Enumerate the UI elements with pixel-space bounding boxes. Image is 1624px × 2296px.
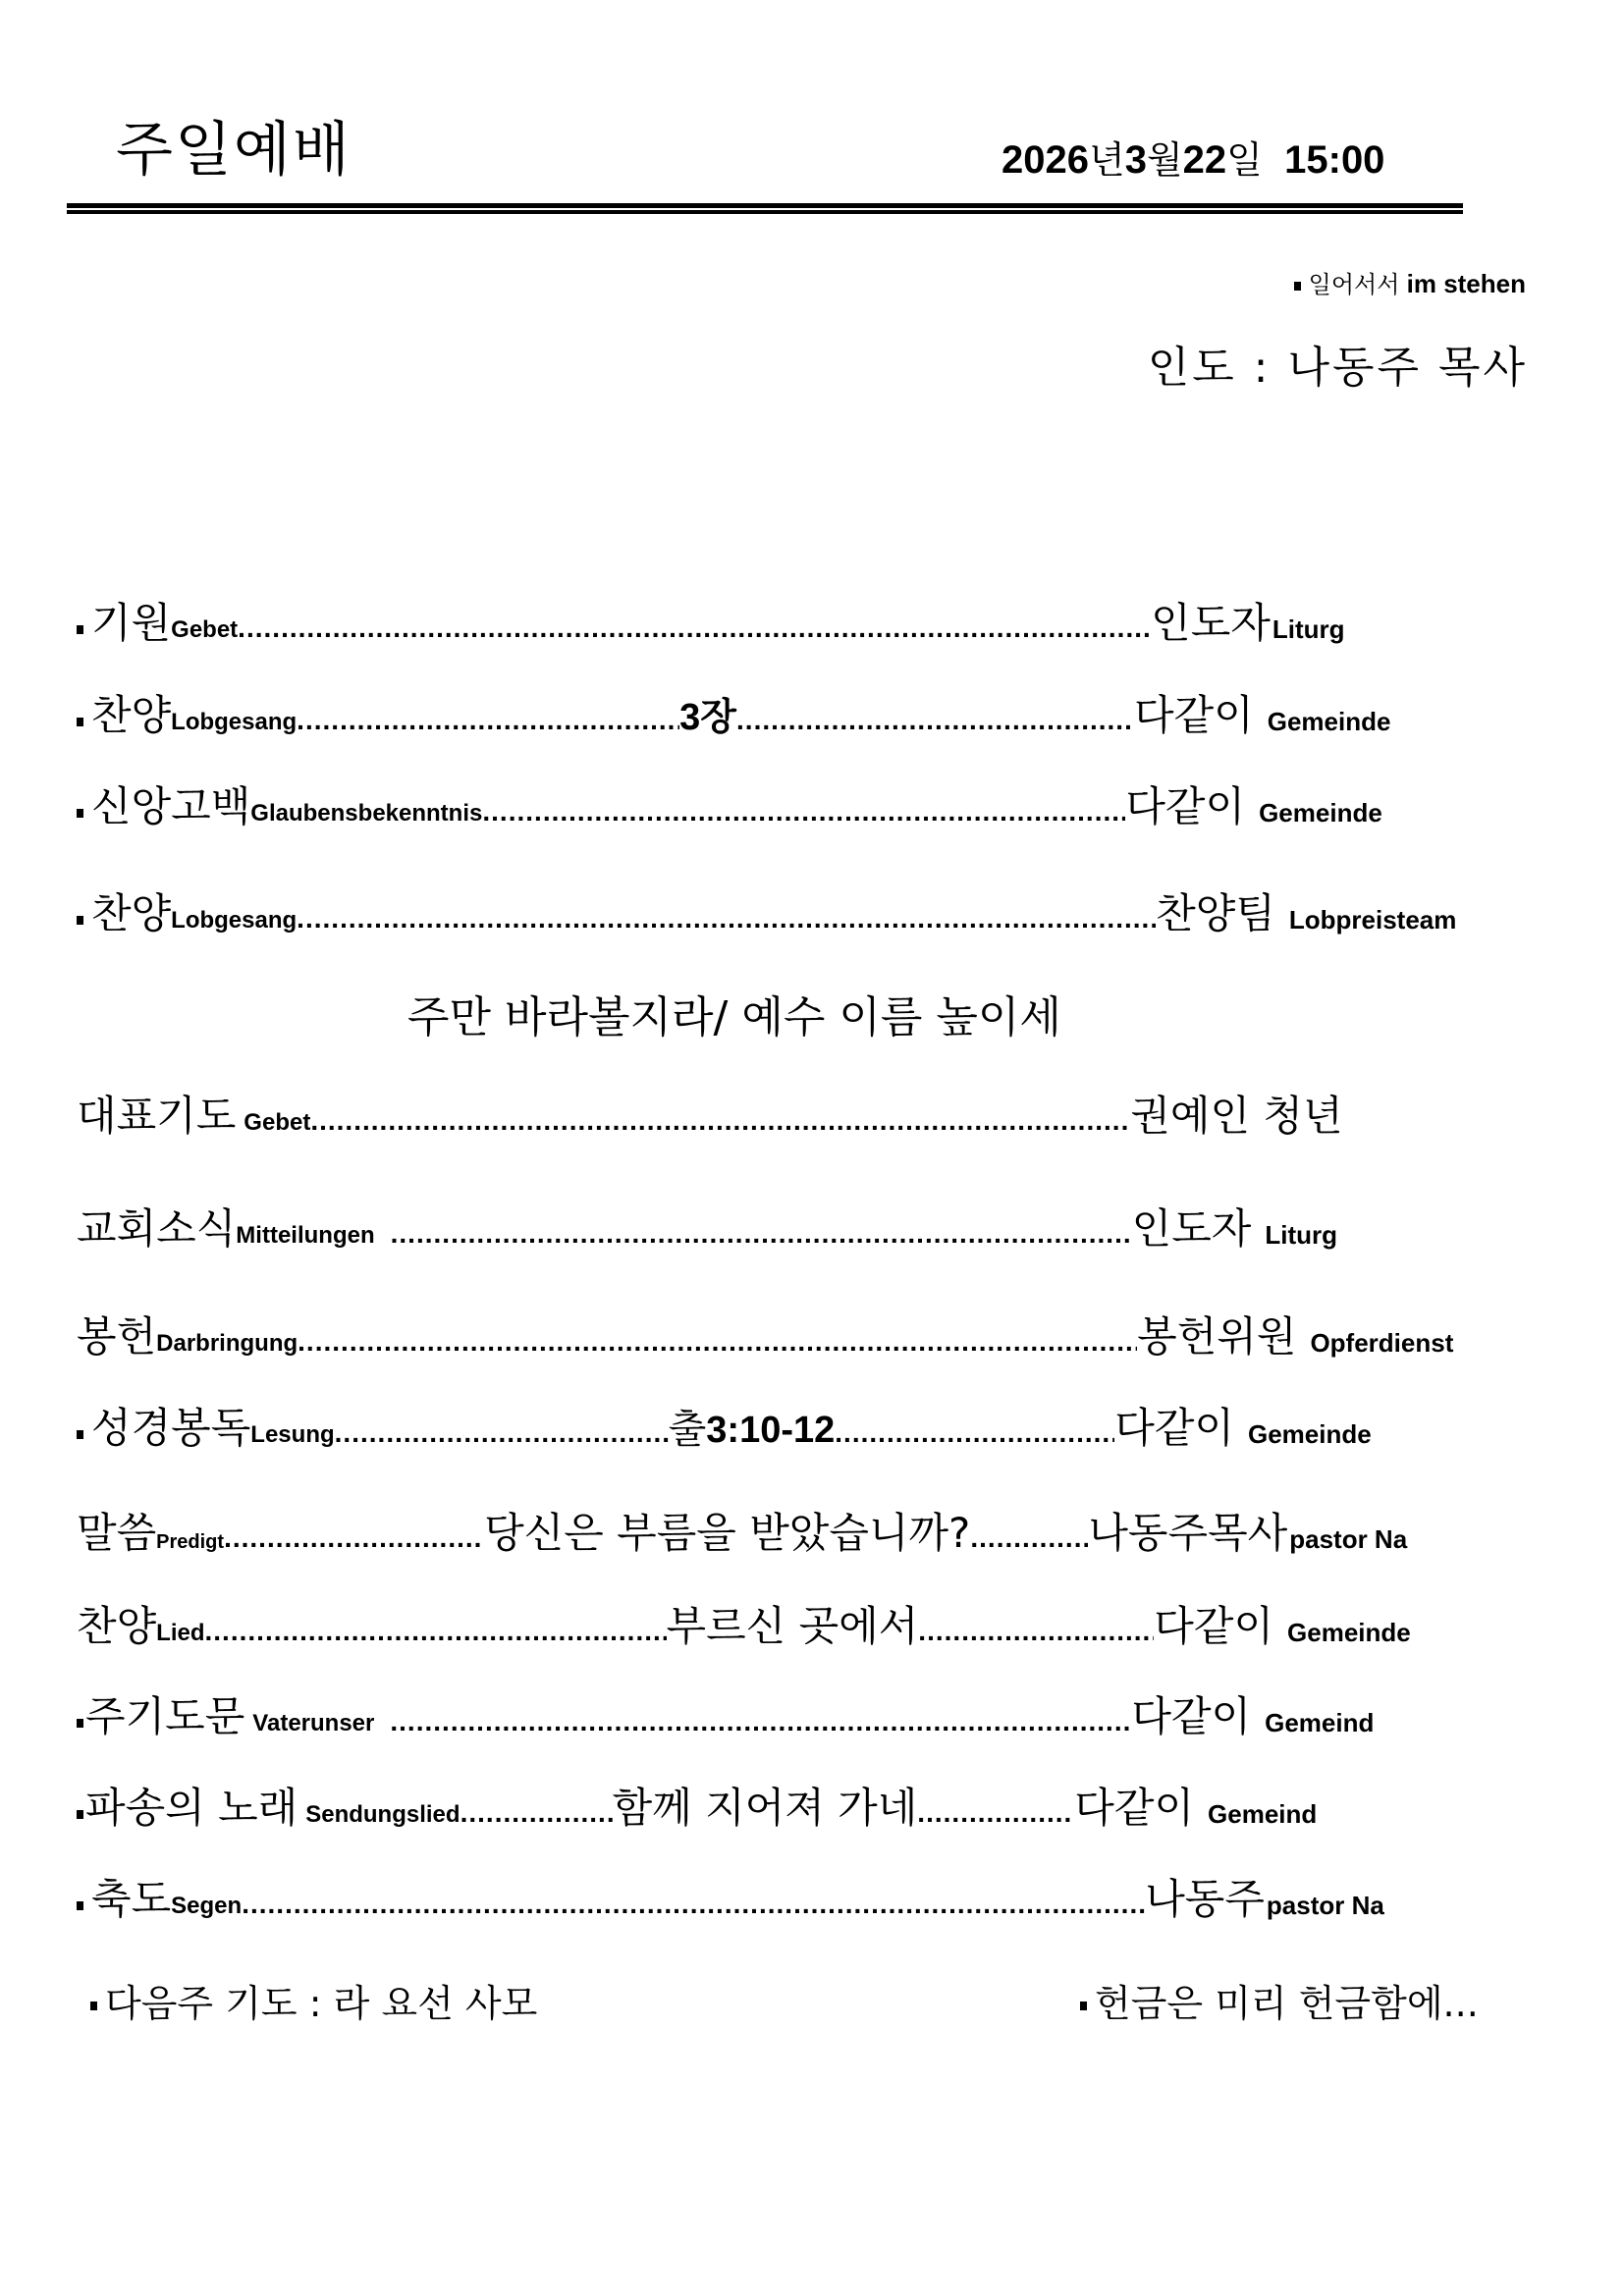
offering-note-text: 헌금은 미리 헌금함에... xyxy=(1095,1982,1479,2025)
song-title: 함께 지어져 가네 xyxy=(613,1788,918,1829)
item-performer-ko: 찬양팀 xyxy=(1156,893,1275,934)
item-performer-de: Gemeinde xyxy=(1248,1421,1372,1447)
song-titles: 주만 바라볼지라/ 예수 이름 높이세 xyxy=(407,982,1061,1044)
item-performer-de: Opferdienst xyxy=(1310,1330,1453,1356)
date-year: 2026 xyxy=(1001,138,1089,182)
dot-leader: ........................................… xyxy=(310,1107,1130,1135)
item-performer-ko: 다같이 xyxy=(1074,1788,1194,1829)
bullet-icon xyxy=(77,1719,83,1728)
dot-leader: ........................................… xyxy=(970,1524,1088,1552)
date-month: 3 xyxy=(1125,138,1147,182)
item-de: Lied xyxy=(156,1622,204,1645)
service-leader: 인도 : 나동주 목사 xyxy=(1148,332,1528,395)
dot-leader: ........................................… xyxy=(391,1220,1132,1248)
item-performer-de: pastor Na xyxy=(1289,1526,1407,1552)
order-item-offering: 봉헌Darbringung ..........................… xyxy=(77,1299,1453,1358)
dot-leader: ........................................… xyxy=(482,798,1125,826)
header-divider-top xyxy=(67,203,1463,208)
item-de: Predigt xyxy=(156,1532,224,1552)
order-item-song: 찬양Lied .................................… xyxy=(77,1588,1411,1647)
item-de: Vaterunser xyxy=(252,1712,374,1735)
bullet-icon xyxy=(77,1901,83,1910)
item-performer-ko: 다같이 xyxy=(1134,695,1254,736)
date-month-unit: 월 xyxy=(1147,138,1183,182)
order-item-hymn: 찬양Lobgesang ............................… xyxy=(77,677,1390,736)
item-performer-ko: 나동주목사 xyxy=(1088,1513,1287,1554)
item-detail: 3장 xyxy=(679,699,736,736)
bullet-icon xyxy=(77,1810,83,1819)
dot-leader: ........................................… xyxy=(242,1891,1145,1918)
item-ko: 찬양 xyxy=(91,893,171,934)
item-de: Glaubensbekenntnis xyxy=(250,802,482,826)
item-performer-de: Lobpreisteam xyxy=(1289,907,1457,933)
bullet-icon xyxy=(77,916,83,925)
bullet-icon xyxy=(90,2002,97,2010)
item-performer-ko: 다같이 xyxy=(1154,1606,1273,1647)
dot-leader: ........................................… xyxy=(835,1419,1114,1447)
item-performer-de: Gemeinde xyxy=(1287,1620,1411,1645)
item-performer-de: Liturg xyxy=(1272,616,1345,642)
order-item-sending-song: 파송의 노래Sendungslied .....................… xyxy=(77,1770,1317,1829)
order-item-announcements: 교회소식Mitteilungen .......................… xyxy=(77,1191,1337,1250)
dot-leader: ........................................… xyxy=(460,1799,613,1827)
dot-leader: ........................................… xyxy=(224,1524,484,1552)
order-item-scripture-reading: 성경봉독Lesung .............................… xyxy=(77,1390,1372,1449)
bullet-icon xyxy=(1294,282,1301,291)
item-performer-ko: 나동주 xyxy=(1145,1879,1265,1920)
item-performer-ko: 인도자 xyxy=(1132,1208,1252,1250)
item-de: Gebet xyxy=(244,1111,310,1135)
order-item-lords-prayer: 주기도문Vaterunser .........................… xyxy=(77,1679,1374,1737)
song-title: 부르신 곳에서 xyxy=(667,1606,919,1647)
scripture-book: 출 xyxy=(669,1407,707,1452)
item-performer-de: pastor Na xyxy=(1267,1893,1384,1918)
next-week-prayer: 다음주 기도 : 라 요선 사모 xyxy=(90,1973,537,2027)
order-item-invocation: 기원Gebet ................................… xyxy=(77,585,1345,644)
item-performer-de: Gemeinde xyxy=(1268,709,1391,734)
item-ko: 축도 xyxy=(91,1879,171,1920)
scripture-ref: 3:10-12 xyxy=(706,1410,835,1451)
item-ko: 교회소식 xyxy=(77,1208,236,1250)
sermon-title: 당신은 부름을 받았습니까? xyxy=(484,1513,970,1554)
item-ko: 성경봉독 xyxy=(91,1408,250,1449)
item-de: Sendungslied xyxy=(305,1803,460,1827)
item-de: Lobgesang xyxy=(171,909,297,933)
dot-leader: ........................................… xyxy=(297,707,679,734)
item-performer-ko: 권예인 청년 xyxy=(1130,1095,1342,1137)
order-item-benediction: 축도Segen ................................… xyxy=(77,1861,1384,1920)
order-item-sermon: 말씀Predigt ..............................… xyxy=(77,1495,1407,1554)
date-day: 22 xyxy=(1183,138,1227,182)
dot-leader: ........................................… xyxy=(736,707,1134,734)
item-de: Mitteilungen xyxy=(236,1224,374,1248)
order-item-representative-prayer: 대표기도Gebet ..............................… xyxy=(77,1078,1343,1137)
item-performer-de: Gemeind xyxy=(1208,1801,1317,1827)
standing-note: 일어서서 im stehen xyxy=(1294,265,1526,299)
dot-leader: ........................................… xyxy=(297,905,1156,933)
date-day-unit: 일 xyxy=(1226,138,1263,182)
dot-leader: ........................................… xyxy=(298,1328,1137,1356)
item-performer-de: Liturg xyxy=(1265,1222,1337,1248)
standing-de: im stehen xyxy=(1407,269,1526,298)
dot-leader: ........................................… xyxy=(917,1799,1074,1827)
item-de: Lobgesang xyxy=(171,711,297,734)
bullet-icon xyxy=(1080,2002,1087,2010)
bullet-icon xyxy=(77,625,83,634)
date-year-unit: 년 xyxy=(1089,138,1125,182)
item-performer-de: Gemeind xyxy=(1265,1710,1374,1735)
item-ko: 봉헌 xyxy=(77,1316,156,1358)
item-ko: 기원 xyxy=(91,603,171,644)
item-ko: 파송의 노래 xyxy=(85,1788,298,1829)
item-de: Lesung xyxy=(250,1423,334,1447)
item-performer-ko: 인도자 xyxy=(1151,603,1271,644)
offering-note: 헌금은 미리 헌금함에... xyxy=(1080,1973,1479,2027)
item-performer-de: Gemeinde xyxy=(1259,800,1382,826)
item-performer-ko: 다같이 xyxy=(1114,1408,1234,1449)
dot-leader: ........................................… xyxy=(205,1618,667,1645)
order-item-creed: 신앙고백Glaubensbekenntnis .................… xyxy=(77,769,1382,828)
bullet-icon xyxy=(77,1430,83,1439)
item-de: Segen xyxy=(171,1895,242,1918)
item-ko: 찬양 xyxy=(91,695,171,736)
item-ko: 대표기도 xyxy=(77,1095,236,1137)
item-de: Gebet xyxy=(171,618,238,642)
item-de: Darbringung xyxy=(156,1332,298,1356)
service-time: 15:00 xyxy=(1284,138,1384,182)
next-week-prayer-text: 다음주 기도 : 라 요선 사모 xyxy=(105,1982,537,2025)
service-date: 2026년3월22일 15:00 xyxy=(1001,130,1384,184)
header-divider-bottom xyxy=(67,210,1463,214)
bullet-icon xyxy=(77,809,83,818)
order-item-praise: 찬양Lobgesang ............................… xyxy=(77,876,1456,934)
item-ko: 찬양 xyxy=(77,1606,156,1647)
item-performer-ko: 봉헌위원 xyxy=(1137,1316,1296,1358)
dot-leader: ........................................… xyxy=(238,614,1151,642)
item-performer-ko: 다같이 xyxy=(1125,786,1245,828)
item-ko: 주기도문 xyxy=(85,1696,244,1737)
item-ko: 신앙고백 xyxy=(91,786,250,828)
dot-leader: ........................................… xyxy=(390,1708,1131,1735)
standing-ko: 일어서서 xyxy=(1309,271,1400,298)
item-performer-ko: 다같이 xyxy=(1131,1696,1251,1737)
page-title: 주일예배 xyxy=(116,103,352,187)
bullet-icon xyxy=(77,718,83,726)
dot-leader: ........................................… xyxy=(918,1618,1154,1645)
item-ko: 말씀 xyxy=(77,1513,156,1554)
dot-leader: ........................................… xyxy=(335,1419,669,1447)
item-detail: 출3:10-12 xyxy=(669,1410,836,1449)
